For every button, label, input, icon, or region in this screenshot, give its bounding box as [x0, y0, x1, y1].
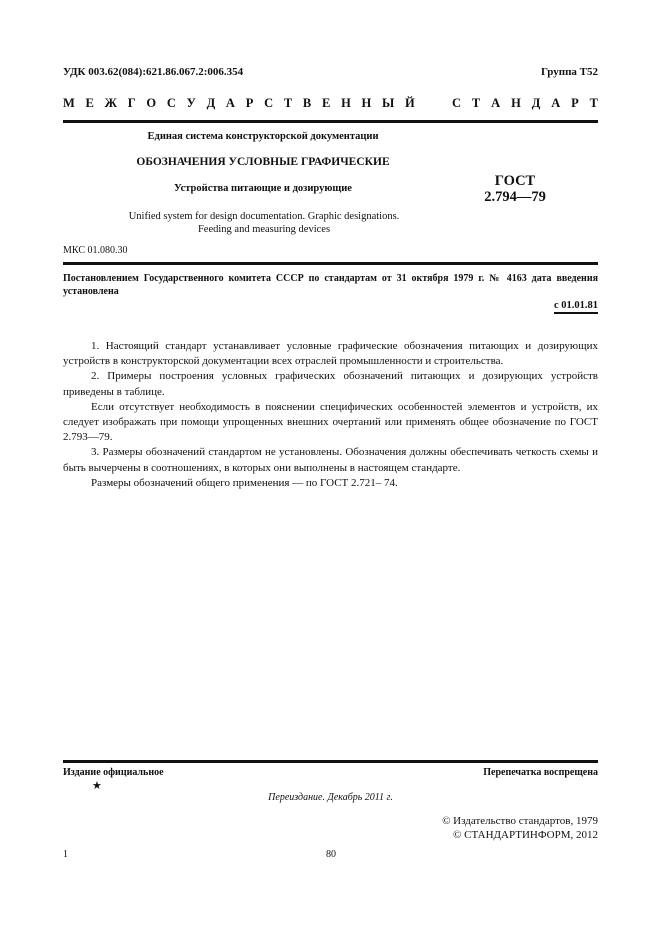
- heading-letter: Н: [362, 96, 372, 111]
- heading-word-interstate: МЕЖГОСУДАРСТВЕННЫЙ: [63, 96, 415, 111]
- mks-code: МКС 01.080.30: [63, 245, 127, 256]
- heading-letter: Н: [341, 96, 351, 111]
- copyright-line-1: © Издательство стандартов, 1979: [442, 814, 598, 828]
- paragraph-3: 3. Размеры обозначений стандартом не уст…: [63, 445, 598, 475]
- heading-letter: Т: [284, 96, 292, 111]
- heading-letter: Д: [207, 96, 216, 111]
- divider-top: [63, 120, 598, 123]
- star-icon: ★: [92, 779, 102, 792]
- heading-letter: О: [146, 96, 156, 111]
- heading-letter: Д: [532, 96, 541, 111]
- heading-word-standard: СТАНДАРТ: [452, 96, 598, 111]
- heading-letter: С: [264, 96, 273, 111]
- paragraph-2: 2. Примеры построения условных графическ…: [63, 369, 598, 399]
- document-subtitle: Устройства питающие и дозирующие: [63, 183, 463, 194]
- body-text: 1. Настоящий стандарт устанавливает усло…: [63, 339, 598, 491]
- udk-code: УДК 003.62(084):621.86.067.2:006.354: [63, 66, 243, 78]
- heading-letter: Й: [405, 96, 415, 111]
- paragraph-1: 1. Настоящий стандарт устанавливает усло…: [63, 339, 598, 369]
- heading-letter: У: [187, 96, 196, 111]
- heading-letter: Ы: [382, 96, 394, 111]
- heading-letter: В: [303, 96, 311, 111]
- official-edition-label: Издание официальное: [63, 767, 164, 778]
- decree-text: Постановлением Государственного комитета…: [63, 272, 598, 298]
- divider-middle: [63, 262, 598, 265]
- reissue-note: Переиздание. Декабрь 2011 г.: [0, 792, 661, 803]
- system-name: Единая система конструкторской документа…: [63, 131, 463, 142]
- english-title: Unified system for design documentation.…: [63, 210, 465, 236]
- heading-letter: Т: [590, 96, 598, 111]
- heading-letter: Р: [571, 96, 579, 111]
- effective-date: с 01.01.81: [554, 300, 598, 314]
- reprint-prohibited-label: Перепечатка воспрещена: [483, 767, 598, 778]
- heading-letter: А: [551, 96, 560, 111]
- copyright-line-2: © СТАНДАРТИНФОРМ, 2012: [442, 828, 598, 842]
- heading-letter: Г: [128, 96, 136, 111]
- sheet-index: 1: [63, 849, 68, 860]
- heading-letter: Ж: [105, 96, 117, 111]
- gost-designation: ГОСТ 2.794—79: [470, 173, 560, 205]
- heading-letter: А: [226, 96, 235, 111]
- document-title: ОБОЗНАЧЕНИЯ УСЛОВНЫЕ ГРАФИЧЕСКИЕ: [63, 156, 463, 168]
- heading-letter: А: [491, 96, 500, 111]
- interstate-standard-heading: МЕЖГОСУДАРСТВЕННЫЙ СТАНДАРТ: [63, 96, 598, 111]
- group-code: Группа Т52: [541, 66, 598, 78]
- copyright-block: © Издательство стандартов, 1979 © СТАНДА…: [442, 814, 598, 842]
- english-title-line-1: Unified system for design documentation.…: [63, 210, 465, 223]
- heading-letter: С: [167, 96, 176, 111]
- divider-bottom: [63, 760, 598, 763]
- heading-letter: Е: [86, 96, 94, 111]
- gost-number: 2.794—79: [470, 189, 560, 205]
- heading-letter: Е: [322, 96, 330, 111]
- gost-label: ГОСТ: [470, 173, 560, 189]
- paragraph-2-note: Если отсутствует необходимость в пояснен…: [63, 400, 598, 446]
- heading-letter: Т: [472, 96, 480, 111]
- english-title-line-2: Feeding and measuring devices: [63, 223, 465, 236]
- heading-letter: Н: [511, 96, 521, 111]
- heading-letter: М: [63, 96, 75, 111]
- page-number: 80: [326, 849, 336, 860]
- paragraph-3-note: Размеры обозначений общего применения — …: [63, 476, 598, 491]
- heading-letter: С: [452, 96, 461, 111]
- heading-letter: Р: [246, 96, 254, 111]
